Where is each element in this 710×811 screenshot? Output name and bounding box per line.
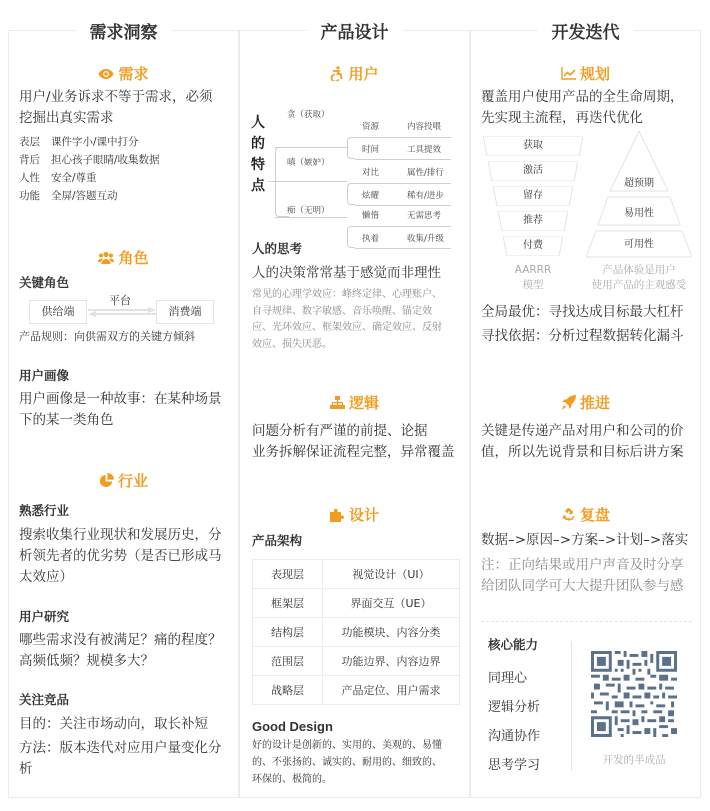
- layer-cell: 框架层: [253, 589, 323, 618]
- section-header-logic: 逻辑: [240, 392, 469, 413]
- bidirectional-arrow-icon: [88, 306, 156, 318]
- text-line: 问题分析有严谨的前提、论据: [252, 421, 455, 442]
- text-line: 高频低频？规模多大？: [19, 651, 222, 672]
- row-value: 课件字小/课中打分: [51, 133, 139, 151]
- column-title: 开发迭代: [538, 18, 634, 43]
- users-icon: [98, 251, 114, 265]
- layer-cell: 表现层: [253, 560, 323, 589]
- competitor-label: 关注竞品: [19, 690, 69, 710]
- qr-caption: 开发的半成品: [581, 752, 687, 767]
- mindmap-leaf: 执着: [362, 232, 379, 244]
- demand-row: 表层课件字小/课中打分: [19, 133, 160, 151]
- text-line: 给团队同学可大大提升团队参与感: [481, 576, 684, 597]
- section-header-design: 设计: [240, 504, 469, 525]
- text-line: 下的某一类角色: [19, 410, 222, 431]
- pie-chart-icon: [99, 473, 114, 488]
- table-row: 战略层产品定位、用户需求: [253, 676, 460, 705]
- text-line: 先实现主流程，再迭代优化: [481, 108, 684, 129]
- mindmap-leaf: 时间: [362, 143, 379, 155]
- review-flow: 数据–>原因–>方案–>计划–>落实: [481, 530, 688, 551]
- competitor-goal: 目的：关注市场动向，取长补短: [19, 714, 208, 735]
- section-title: 行业: [118, 470, 148, 491]
- text-line: 覆盖用户使用产品的全生命周期，: [481, 87, 684, 108]
- table-row: 框架层界面交互（UE）: [253, 589, 460, 618]
- puzzle-icon: [330, 508, 345, 522]
- push-text: 关键是传递产品对用户和公司的价 值，所以先说背景和目标后讲方案: [481, 421, 684, 463]
- section-header-review: 复盘: [471, 504, 700, 525]
- core-abilities-label: 核心能力: [488, 635, 538, 655]
- product-architecture-table: 表现层视觉设计（UI） 框架层界面交互（UE） 结构层功能模块、内容分类 范围层…: [252, 559, 460, 705]
- mindmap-branch: 嗔（嫉妒）: [287, 156, 330, 168]
- familiar-industry-text: 搜索收集行业现状和发展历史，分 析领先者的优劣势（是否已形成马 太效应）: [19, 525, 222, 588]
- qr-code-icon: [591, 651, 677, 737]
- key-role-label: 关键角色: [19, 273, 69, 293]
- line-chart-icon: [561, 67, 576, 80]
- mindmap-branch: 贪（获取）: [287, 108, 330, 120]
- demand-row: 人性安全/尊重: [19, 169, 160, 187]
- table-row: 结构层功能模块、内容分类: [253, 618, 460, 647]
- good-design-label: Good Design: [252, 719, 333, 734]
- product-rule: 产品规则：向供需双方的关键方倾斜: [19, 328, 195, 346]
- text-line: 自寻规律、数字敏感、音乐唤醒、锚定效: [252, 304, 442, 321]
- text-line: 好的设计是创新的、实用的、美观的、易懂: [252, 737, 442, 754]
- section-title: 用户: [348, 63, 378, 84]
- text-line: 注：正向结果或用户声音及时分享: [481, 555, 684, 576]
- divider: [571, 641, 572, 771]
- text-line: 析领先者的优劣势（是否已形成马: [19, 546, 222, 567]
- user-research-label: 用户研究: [19, 607, 69, 627]
- section-title: 角色: [118, 247, 148, 268]
- thinking-label: 人的思考: [252, 239, 302, 259]
- text-line: 业务拆解保证流程完整，异常覆盖: [252, 442, 455, 463]
- desc-cell: 产品定位、用户需求: [323, 676, 460, 705]
- mindmap-leaf: 收集/升级: [407, 232, 444, 244]
- mindmap-leaf: 资源: [362, 120, 379, 132]
- pyramid-caption: 产品体验是用户 使用产品的主观感受: [579, 263, 699, 293]
- global-optimum: 全局最优：寻找达成目标最大杠杆: [481, 302, 684, 323]
- supply-side-box: 供给端: [29, 300, 87, 324]
- text-line: 效应、损失厌恶。: [252, 337, 442, 354]
- text-line: 太效应）: [19, 567, 222, 588]
- text-line: 析: [19, 759, 222, 780]
- desc-cell: 功能边界、内容边界: [323, 647, 460, 676]
- section-header-plan: 规划: [471, 63, 700, 84]
- mindmap-leaf: 炫耀: [362, 189, 379, 201]
- pyramid-level: 易用性: [586, 204, 692, 219]
- logic-text: 问题分析有严谨的前提、论据 业务拆解保证流程完整，异常覆盖: [252, 421, 455, 463]
- layer-cell: 战略层: [253, 676, 323, 705]
- mindmap-leaf: 稀有/进步: [407, 189, 444, 201]
- core-abilities-list: 同理心 逻辑分析 沟通协作 思考学习: [488, 664, 540, 780]
- divider: [481, 621, 692, 622]
- desc-cell: 功能模块、内容分类: [323, 618, 460, 647]
- accessibility-icon: [330, 66, 344, 81]
- competitor-method: 方法：版本迭代对应用户量变化分 析: [19, 738, 222, 780]
- column-product-design: 产品设计 用户 人 的 特 点 贪（获取） 嗔（嫉妒） 痴（无明） 资源 内容投…: [239, 30, 470, 798]
- ability-item: 逻辑分析: [488, 693, 540, 722]
- funnel-stage: 留存: [493, 186, 573, 206]
- column-demand-insight: 需求洞察 需求 用户/业务诉求不等于需求，必须 挖掘出真实需求 表层课件字小/课…: [8, 30, 239, 798]
- mindmap-branch: 痴（无明）: [287, 204, 330, 216]
- pyramid-level: 超预期: [586, 174, 692, 189]
- ability-item: 沟通协作: [488, 722, 540, 751]
- column-title: 产品设计: [307, 18, 403, 43]
- text-line: 常见的心理学效应：峰终定律、心理账户、: [252, 287, 442, 304]
- text-line: 挖掘出真实需求: [19, 108, 213, 129]
- mindmap-leaf: 工具提效: [407, 143, 441, 155]
- funnel-stage: 激活: [488, 161, 578, 181]
- mindmap-leaf: 属性/排行: [407, 166, 444, 178]
- section-header-user: 用户: [240, 63, 469, 84]
- text-line: 值，所以先说背景和目标后讲方案: [481, 442, 684, 463]
- mindmap-leaf: 无需思考: [407, 209, 441, 221]
- text-line: 搜索收集行业现状和发展历史，分: [19, 525, 222, 546]
- persona-text: 用户画像是一种故事：在某种场景 下的某一类角色: [19, 389, 222, 431]
- funnel-stage: 付费: [503, 236, 563, 256]
- funnel-caption: AARRR 模型: [493, 263, 573, 293]
- text-line: 的、不张扬的、诚实的、耐用的、细致的、: [252, 754, 442, 771]
- consume-side-box: 消费端: [156, 300, 214, 324]
- text-line: 用户画像是一种故事：在某种场景: [19, 389, 222, 410]
- funnel-stage: 推荐: [498, 211, 568, 231]
- ability-item: 思考学习: [488, 751, 540, 780]
- demand-row: 功能全屏/答题互动: [19, 187, 160, 205]
- section-title: 设计: [349, 504, 379, 525]
- section-title: 复盘: [580, 504, 610, 525]
- section-title: 推进: [580, 392, 610, 413]
- eye-icon: [98, 68, 114, 80]
- user-research-text: 哪些需求没有被满足？痛的程度？ 高频低频？规模多大？: [19, 630, 222, 672]
- section-title: 逻辑: [349, 392, 379, 413]
- mindmap-leaf: 内容投喂: [407, 120, 441, 132]
- recycle-icon: [561, 507, 576, 522]
- row-key: 功能: [19, 187, 51, 205]
- row-key: 表层: [19, 133, 51, 151]
- desc-cell: 界面交互（UE）: [323, 589, 460, 618]
- mindmap-root: 人 的 特 点: [250, 113, 266, 197]
- good-design-text: 好的设计是创新的、实用的、美观的、易懂 的、不张扬的、诚实的、耐用的、细致的、 …: [252, 737, 442, 788]
- layer-cell: 结构层: [253, 618, 323, 647]
- review-note: 注：正向结果或用户声音及时分享 给团队同学可大大提升团队参与感: [481, 555, 684, 597]
- sitemap-icon: [330, 396, 345, 409]
- rocket-icon: [561, 395, 576, 410]
- text-line: 用户/业务诉求不等于需求，必须: [19, 87, 213, 108]
- plan-lead: 覆盖用户使用产品的全生命周期， 先实现主流程，再迭代优化: [481, 87, 684, 129]
- table-row: 表现层视觉设计（UI）: [253, 560, 460, 589]
- text-line: 应、光环效应、框架效应、确定效应、反射: [252, 320, 442, 337]
- funnel-stage: 获取: [483, 136, 583, 156]
- section-header-role: 角色: [9, 247, 238, 268]
- mindmap-leaf: 对比: [362, 166, 379, 178]
- layer-cell: 范围层: [253, 647, 323, 676]
- row-key: 人性: [19, 169, 51, 187]
- text-line: 环保的、极简的。: [252, 771, 442, 788]
- section-header-industry: 行业: [9, 470, 238, 491]
- desc-cell: 视觉设计（UI）: [323, 560, 460, 589]
- text-line: 关键是传递产品对用户和公司的价: [481, 421, 684, 442]
- section-header-demand: 需求: [9, 63, 238, 84]
- mindmap-leaf: 懒惰: [362, 209, 379, 221]
- text-line: 哪些需求没有被满足？痛的程度？: [19, 630, 222, 651]
- familiar-industry-label: 熟悉行业: [19, 501, 69, 521]
- find-basis: 寻找依据：分析过程数据转化漏斗: [481, 326, 684, 347]
- persona-label: 用户画像: [19, 366, 69, 386]
- section-title: 需求: [118, 63, 148, 84]
- row-value: 安全/尊重: [51, 169, 97, 187]
- demand-lead: 用户/业务诉求不等于需求，必须 挖掘出真实需求: [19, 87, 213, 129]
- section-title: 规划: [580, 63, 610, 84]
- demand-rows: 表层课件字小/课中打分 背后担心孩子眼睛/收集数据 人性安全/尊重 功能全屏/答…: [19, 133, 160, 205]
- row-value: 全屏/答题互动: [51, 187, 118, 205]
- pyramid-level: 可用性: [586, 235, 692, 250]
- thinking-text: 常见的心理学效应：峰终定律、心理账户、 自寻规律、数字敏感、音乐唤醒、锚定效 应…: [252, 287, 442, 353]
- demand-row: 背后担心孩子眼睛/收集数据: [19, 151, 160, 169]
- column-dev-iteration: 开发迭代 规划 覆盖用户使用产品的全生命周期， 先实现主流程，再迭代优化 获取 …: [470, 30, 701, 798]
- ability-item: 同理心: [488, 664, 540, 693]
- thinking-lead: 人的决策常常基于感觉而非理性: [252, 263, 441, 284]
- section-header-push: 推进: [471, 392, 700, 413]
- row-value: 担心孩子眼睛/收集数据: [51, 151, 160, 169]
- column-title: 需求洞察: [76, 18, 172, 43]
- row-key: 背后: [19, 151, 51, 169]
- text-line: 方法：版本迭代对应用户量变化分: [19, 738, 222, 759]
- architecture-label: 产品架构: [252, 531, 302, 551]
- table-row: 范围层功能边界、内容边界: [253, 647, 460, 676]
